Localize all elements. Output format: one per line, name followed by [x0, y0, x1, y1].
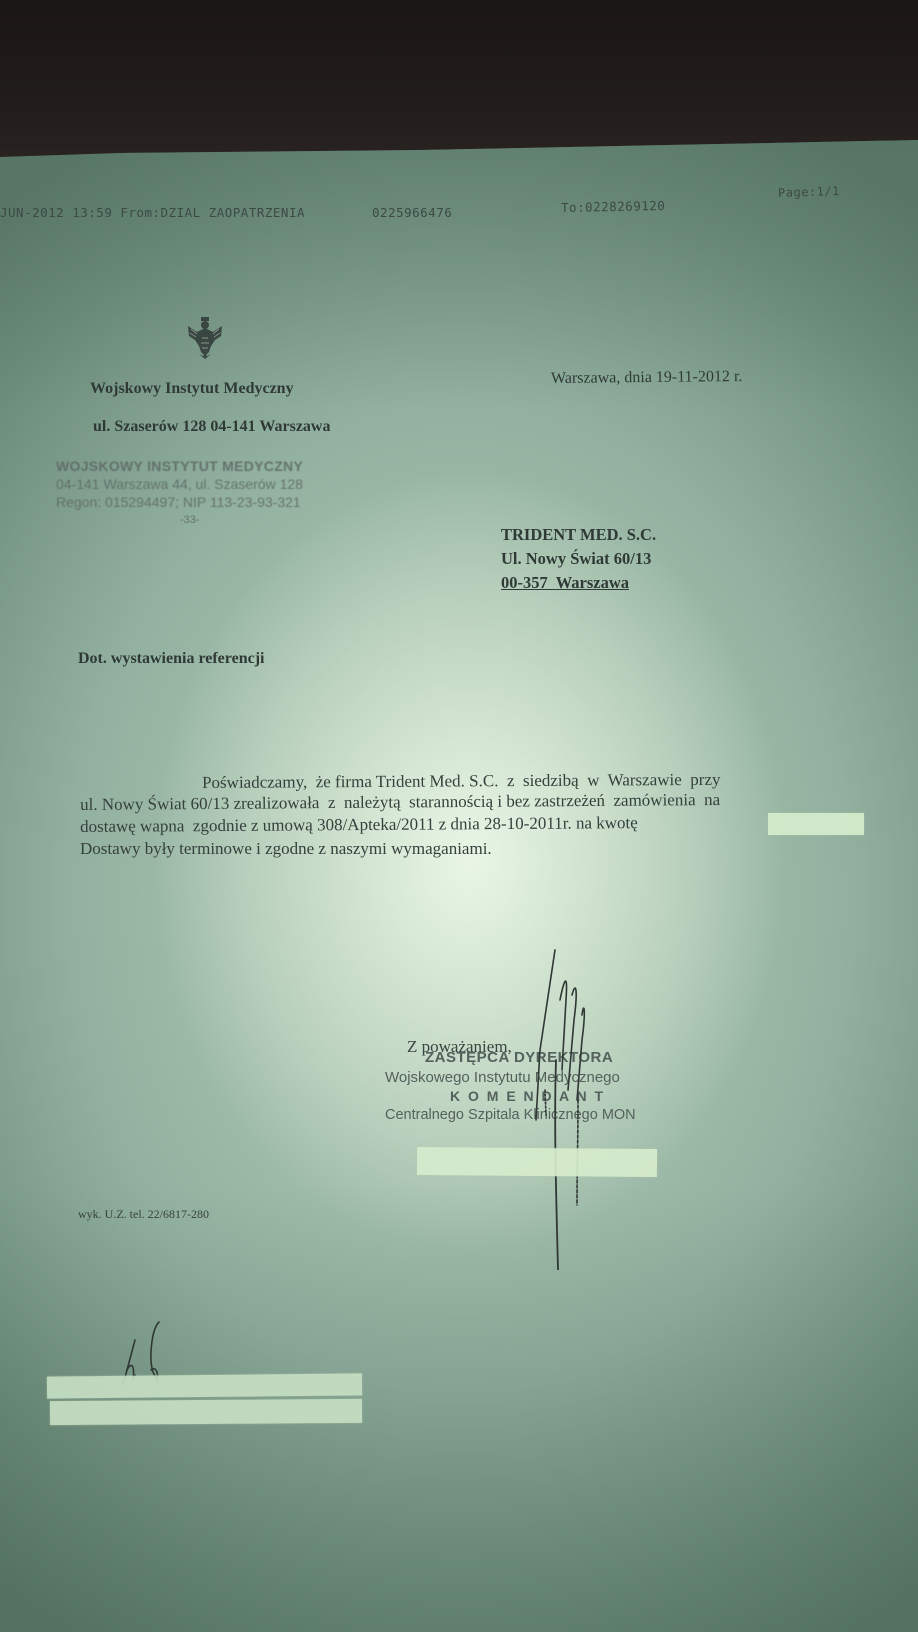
- signature-stamp-line-3: K O M E N D A N T: [450, 1088, 605, 1104]
- recipient-city: 00-357 Warszawa: [501, 573, 629, 593]
- prepared-by-note: wyk. U.Z. tel. 22/6817-280: [78, 1207, 209, 1222]
- recipient-name: TRIDENT MED. S.C.: [501, 525, 656, 545]
- redaction-tape-signatory-name: [417, 1147, 657, 1177]
- sender-name: Wojskowy Instytut Medyczny: [90, 380, 294, 398]
- body-line-1: Poświadczamy, że firma Trident Med. S.C.…: [202, 770, 721, 793]
- redaction-tape-amount: [768, 813, 864, 835]
- fax-page-count: Page:1/1: [778, 184, 840, 200]
- redaction-tape-bottom-2: [50, 1399, 362, 1425]
- institution-stamp-line-1: WOJSKOWY INSTYTUT MEDYCZNY: [56, 458, 303, 474]
- fax-to-label: To:: [561, 200, 585, 216]
- fax-to: To:0228269120: [561, 198, 666, 215]
- signature-stamp-title: ZASTĘPCA DYREKTORA: [425, 1049, 613, 1066]
- fax-from-label: From:: [120, 205, 160, 220]
- fax-to-number: 0228269120: [585, 198, 666, 215]
- body-line-3: dostawę wapna zgodnie z umową 308/Apteka…: [80, 813, 638, 837]
- institution-stamp-line-2: 04-141 Warszawa 44, ul. Szaserów 128: [56, 476, 303, 492]
- redaction-tape-bottom-1: [47, 1373, 362, 1398]
- polish-eagle-emblem-icon: [185, 316, 225, 365]
- sender-address: ul. Szaserów 128 04-141 Warszawa: [93, 418, 330, 436]
- body-line-4: Dostawy były terminowe i zgodne z naszym…: [80, 839, 492, 859]
- fax-datetime: JUN-2012 13:59: [0, 205, 112, 220]
- signature-stamp-line-2: Wojskowego Instytutu Medycznego: [385, 1069, 620, 1086]
- fax-header-line: JUN-2012 13:59 From:DZIAL ZAOPATRZENIA: [0, 205, 305, 220]
- signature-stamp-line-4: Centralnego Szpitala Klinicznego MON: [385, 1107, 636, 1123]
- place-and-date: Warszawa, dnia 19-11-2012 r.: [551, 368, 743, 388]
- fax-from-number: 0225966476: [372, 205, 452, 220]
- institution-stamp-line-3: Regon: 015294497; NIP 113-23-93-321: [56, 494, 301, 510]
- recipient-street: Ul. Nowy Świat 60/13: [501, 549, 651, 569]
- institution-stamp-line-4: -33-: [180, 514, 200, 526]
- letter-subject: Dot. wystawienia referencji: [78, 650, 264, 668]
- fax-from-name: DZIAL ZAOPATRZENIA: [161, 205, 305, 220]
